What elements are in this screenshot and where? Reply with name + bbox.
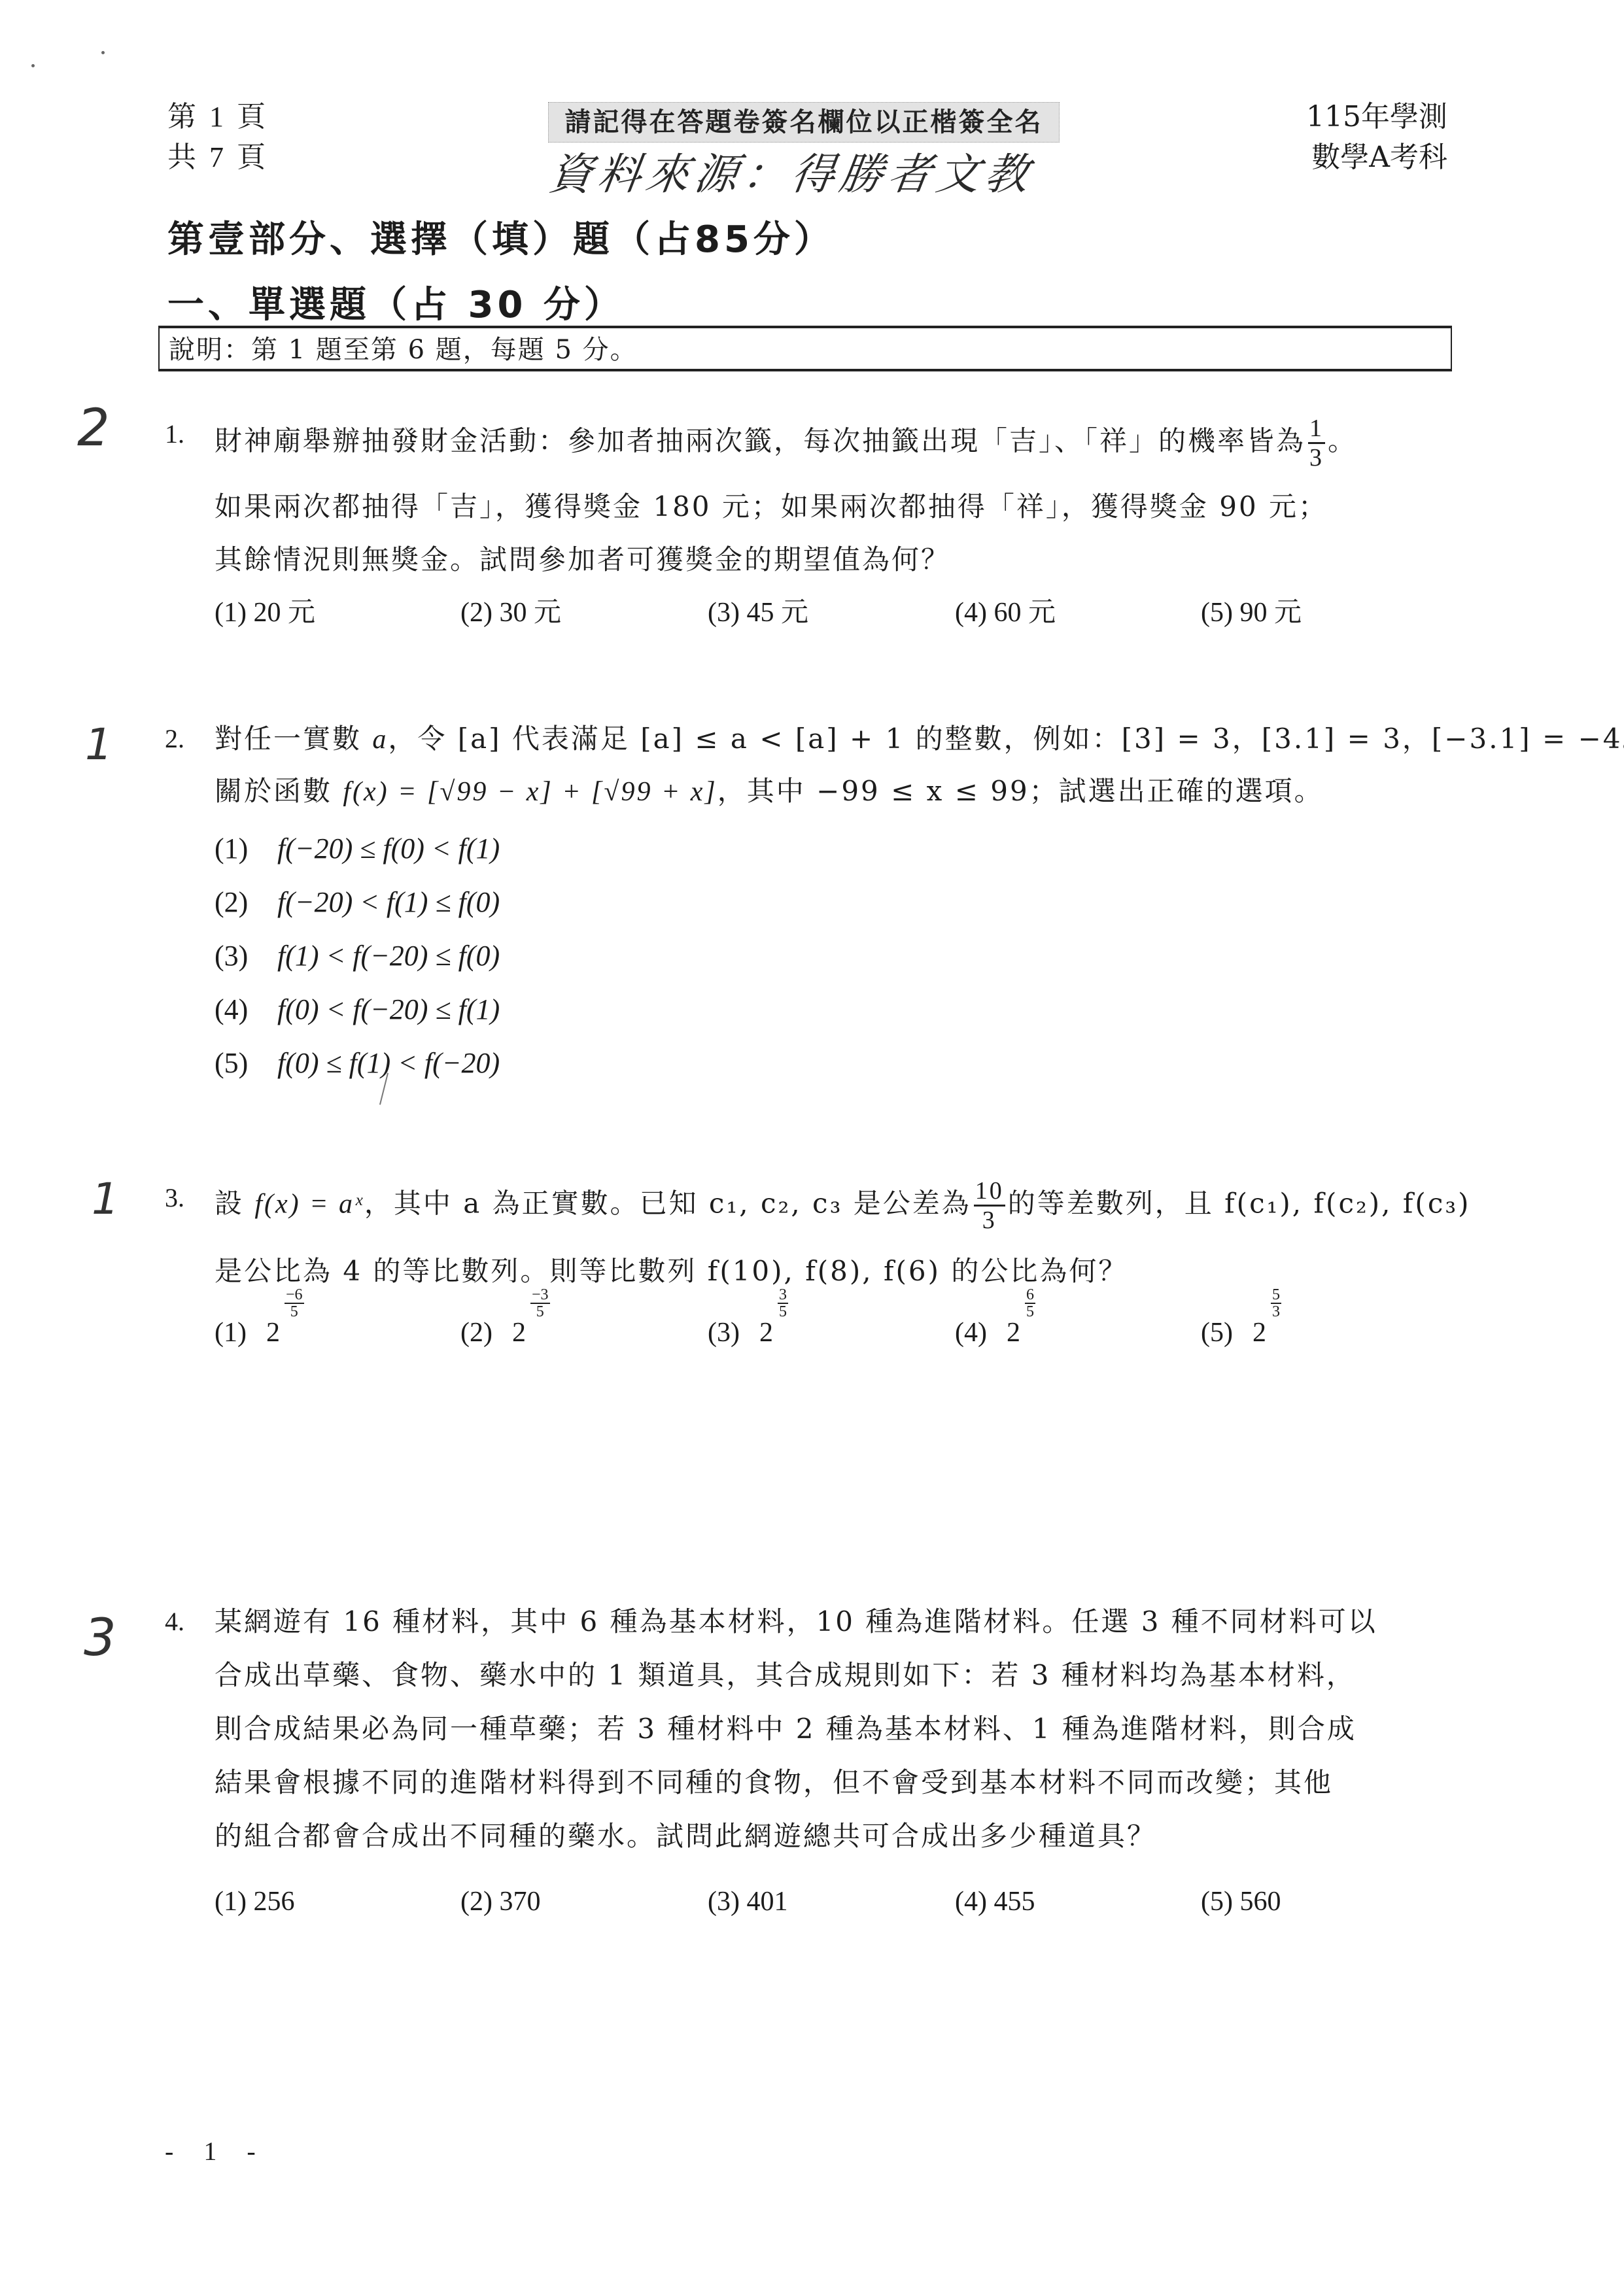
scan-speck xyxy=(101,51,105,54)
option-expression: f(−20) ≤ f(0) < f(1) xyxy=(277,832,500,865)
option-unit: 元 xyxy=(1274,596,1302,628)
option-label: (1) xyxy=(215,829,277,868)
math-function: f(x) = [√99 − x] + [√99 + x] xyxy=(343,777,717,807)
question-1-line-2: 如果兩次都抽得「吉」，獲得獎金 180 元；如果兩次都抽得「祥」，獲得獎金 90… xyxy=(215,487,1328,526)
option-value: 560 xyxy=(1239,1887,1281,1917)
power-base: 2 xyxy=(266,1318,280,1348)
question-4-line-3: 則合成結果必為同一種草藥；若 3 種材料中 2 種為基本材料、1 種為進階材料，… xyxy=(215,1709,1356,1749)
fraction: 13 xyxy=(1308,415,1325,471)
section-title: 一、單選題（占 30 分） xyxy=(167,276,625,328)
option-unit: 元 xyxy=(781,596,808,628)
option-label: (2) xyxy=(460,1318,492,1348)
option-3[interactable]: (3) 401 xyxy=(708,1882,787,1921)
option-expression: f(1) < f(−20) ≤ f(0) xyxy=(277,940,500,972)
question-number-q1: 1. xyxy=(165,419,184,449)
option-label: (3) xyxy=(708,598,740,628)
exponent-denominator: 5 xyxy=(290,1303,298,1320)
option-1[interactable]: (1)f(−20) ≤ f(0) < f(1) xyxy=(215,829,500,868)
option-4[interactable]: (4) 455 xyxy=(955,1882,1035,1921)
page-label-prefix: 第 xyxy=(167,100,199,133)
exponent-numerator: 3 xyxy=(778,1287,788,1304)
option-value: 455 xyxy=(993,1887,1035,1917)
fraction-denominator: 3 xyxy=(1308,444,1325,471)
handwritten-answer-q1: 2 xyxy=(77,399,110,458)
question-text: ，令 [a] 代表滿足 [a] ≤ a < [a] + 1 的整數，例如：[3]… xyxy=(388,723,1624,755)
page-footer-number: - 1 - xyxy=(165,2136,268,2167)
option-label: (1) xyxy=(215,598,247,628)
question-2-line-1: 對任一實數 a，令 [a] 代表滿足 [a] ≤ a < [a] + 1 的整數… xyxy=(215,719,1624,759)
option-2[interactable]: (2) 30 元 xyxy=(460,592,561,632)
question-text: 關於函數 xyxy=(215,775,343,807)
power-base: 2 xyxy=(1007,1318,1020,1348)
page-counter: 第1頁 共7頁 xyxy=(167,97,268,178)
option-label: (3) xyxy=(708,1318,740,1348)
question-4-line-4: 結果會根據不同的進階材料得到不同種的食物，但不會受到基本材料不同而改變；其他 xyxy=(215,1763,1333,1802)
option-label: (2) xyxy=(460,1887,492,1917)
handwritten-answer-q4: 3 xyxy=(84,1609,116,1668)
total-pages: 7 xyxy=(209,141,226,173)
option-value: 45 xyxy=(746,598,774,628)
option-3[interactable]: (3) 45 元 xyxy=(708,592,808,632)
question-number-q2: 2. xyxy=(165,723,184,754)
question-text: 。 xyxy=(1328,425,1357,457)
exam-info: 115年學測 數學A考科 xyxy=(1306,97,1447,178)
option-expression: f(−20) < f(1) ≤ f(0) xyxy=(277,886,500,918)
question-number-q3: 3. xyxy=(165,1182,184,1213)
option-label: (1) xyxy=(215,1887,247,1917)
question-1-line-3: 其餘情況則無獎金。試問參加者可獲獎金的期望值為何？ xyxy=(215,540,950,579)
exponent-numerator: −3 xyxy=(530,1287,550,1304)
instructions-text: 說明：第 1 題至第 6 題，每題 5 分。 xyxy=(169,332,638,368)
fraction-numerator: 1 xyxy=(1308,415,1325,444)
option-4[interactable]: (4)265 xyxy=(955,1317,1020,1348)
question-text: 財神廟舉辦抽發財金活動：參加者抽兩次籤，每次抽籤出現「吉」、「祥」的機率皆為 xyxy=(215,425,1305,457)
option-label: (3) xyxy=(215,936,277,976)
option-value: 256 xyxy=(253,1887,294,1917)
question-4-options: (1) 256 (2) 370 (3) 401 (4) 455 (5) 560 xyxy=(0,1882,1624,1921)
signature-notice: 請記得在答題卷簽名欄位以正楷簽全名 xyxy=(548,102,1060,143)
question-text: 對任一實數 xyxy=(215,723,372,755)
exponent-denominator: 3 xyxy=(1272,1303,1280,1320)
exponent-denominator: 5 xyxy=(536,1303,544,1320)
option-4[interactable]: (4) 60 元 xyxy=(955,592,1056,632)
question-text: 設 xyxy=(215,1188,254,1220)
option-5[interactable]: (5)253 xyxy=(1201,1317,1266,1348)
option-expression: f(0) ≤ f(1) < f(−20) xyxy=(277,1047,500,1079)
handwritten-answer-q2: 1 xyxy=(85,719,112,770)
option-3[interactable]: (3)235 xyxy=(708,1317,773,1348)
exponent-denominator: 5 xyxy=(779,1303,787,1320)
option-label: (4) xyxy=(955,598,987,628)
question-number-q4: 4. xyxy=(165,1606,184,1637)
part-title: 第壹部分、選擇（填）題（占85分） xyxy=(167,211,835,263)
exponent-numerator: 6 xyxy=(1025,1287,1035,1304)
option-value: 401 xyxy=(746,1887,787,1917)
question-4-line-5: 的組合都會合成出不同種的藥水。試問此網遊總共可合成出多少種道具？ xyxy=(215,1817,1156,1856)
option-2[interactable]: (2) 370 xyxy=(460,1882,540,1921)
instructions-box: 說明：第 1 題至第 6 題，每題 5 分。 xyxy=(158,326,1452,371)
option-label: (1) xyxy=(215,1318,247,1348)
question-3-line-1: 設 f(x) = aˣ，其中 a 為正實數。已知 c₁, c₂, c₃ 是公差為… xyxy=(215,1177,1471,1234)
option-label: (2) xyxy=(460,598,492,628)
total-label-suffix: 頁 xyxy=(237,141,268,174)
option-label: (5) xyxy=(215,1044,277,1083)
option-value: 20 xyxy=(253,598,281,628)
option-value: 60 xyxy=(993,598,1021,628)
math-function: f(x) = aˣ xyxy=(254,1190,364,1220)
fraction-denominator: 3 xyxy=(974,1207,1005,1234)
option-3[interactable]: (3)f(1) < f(−20) ≤ f(0) xyxy=(215,936,500,976)
option-label: (4) xyxy=(215,990,277,1029)
option-label: (2) xyxy=(215,883,277,922)
fraction: 103 xyxy=(974,1177,1005,1234)
option-unit: 元 xyxy=(288,596,315,628)
option-unit: 元 xyxy=(534,596,561,628)
handwritten-answer-q3: 1 xyxy=(92,1174,119,1224)
question-3-line-2: 是公比為 4 的等比數列。則等比數列 f(10), f(8), f(6) 的公比… xyxy=(215,1252,1128,1291)
scan-speck xyxy=(31,64,35,67)
power-base: 2 xyxy=(1253,1318,1266,1348)
option-5[interactable]: (5) 560 xyxy=(1201,1882,1281,1921)
question-2-line-2: 關於函數 f(x) = [√99 − x] + [√99 + x]，其中 −99… xyxy=(215,772,1324,812)
option-1[interactable]: (1) 256 xyxy=(215,1882,294,1921)
option-1[interactable]: (1) 20 元 xyxy=(215,592,315,632)
question-text: 的等差數列，且 f(c₁), f(c₂), f(c₃) xyxy=(1008,1188,1471,1220)
option-value: 90 xyxy=(1239,598,1267,628)
power-base: 2 xyxy=(759,1318,773,1348)
option-label: (3) xyxy=(708,1887,740,1917)
question-text: ，其中 a 為正實數。已知 c₁, c₂, c₃ 是公差為 xyxy=(364,1188,971,1220)
option-value: 30 xyxy=(499,598,527,628)
option-label: (4) xyxy=(955,1887,987,1917)
page-number: 1 xyxy=(209,101,226,133)
page-label-suffix: 頁 xyxy=(237,100,268,133)
option-5[interactable]: (5) 90 元 xyxy=(1201,592,1302,632)
exponent-numerator: −6 xyxy=(285,1287,304,1304)
question-4-line-2: 合成出草藥、食物、藥水中的 1 類道具，其合成規則如下：若 3 種材料均為基本材… xyxy=(215,1656,1356,1695)
option-value: 370 xyxy=(499,1887,540,1917)
total-label-prefix: 共 xyxy=(167,141,199,174)
option-label: (5) xyxy=(1201,1887,1233,1917)
exam-subject: 數學A考科 xyxy=(1306,137,1447,178)
option-unit: 元 xyxy=(1028,596,1056,628)
fraction-numerator: 10 xyxy=(974,1177,1005,1207)
exponent-numerator: 5 xyxy=(1271,1287,1281,1304)
option-expression: f(0) < f(−20) ≤ f(1) xyxy=(277,993,500,1025)
exponent-denominator: 5 xyxy=(1026,1303,1034,1320)
option-label: (4) xyxy=(955,1318,987,1348)
option-2[interactable]: (2)2−35 xyxy=(460,1317,526,1348)
handwritten-source-note: 資料來源：得勝者文教 xyxy=(545,145,1038,204)
question-1-options: (1) 20 元 (2) 30 元 (3) 45 元 (4) 60 元 (5) … xyxy=(0,592,1624,632)
option-4[interactable]: (4)f(0) < f(−20) ≤ f(1) xyxy=(215,990,500,1029)
question-4-line-1: 某網遊有 16 種材料，其中 6 種為基本材料，10 種為進階材料。任選 3 種… xyxy=(215,1602,1377,1641)
option-5[interactable]: (5)f(0) ≤ f(1) < f(−20) xyxy=(215,1044,500,1083)
option-label: (5) xyxy=(1201,1318,1233,1348)
option-1[interactable]: (1)2−65 xyxy=(215,1317,280,1348)
math-variable: a xyxy=(372,725,388,755)
option-label: (5) xyxy=(1201,598,1233,628)
power-base: 2 xyxy=(512,1318,526,1348)
option-2[interactable]: (2)f(−20) < f(1) ≤ f(0) xyxy=(215,883,500,922)
exam-year: 115年學測 xyxy=(1306,97,1447,137)
question-1-line-1: 財神廟舉辦抽發財金活動：參加者抽兩次籤，每次抽籤出現「吉」、「祥」的機率皆為13… xyxy=(215,415,1357,471)
question-text: ，其中 −99 ≤ x ≤ 99；試選出正確的選項。 xyxy=(717,775,1324,807)
